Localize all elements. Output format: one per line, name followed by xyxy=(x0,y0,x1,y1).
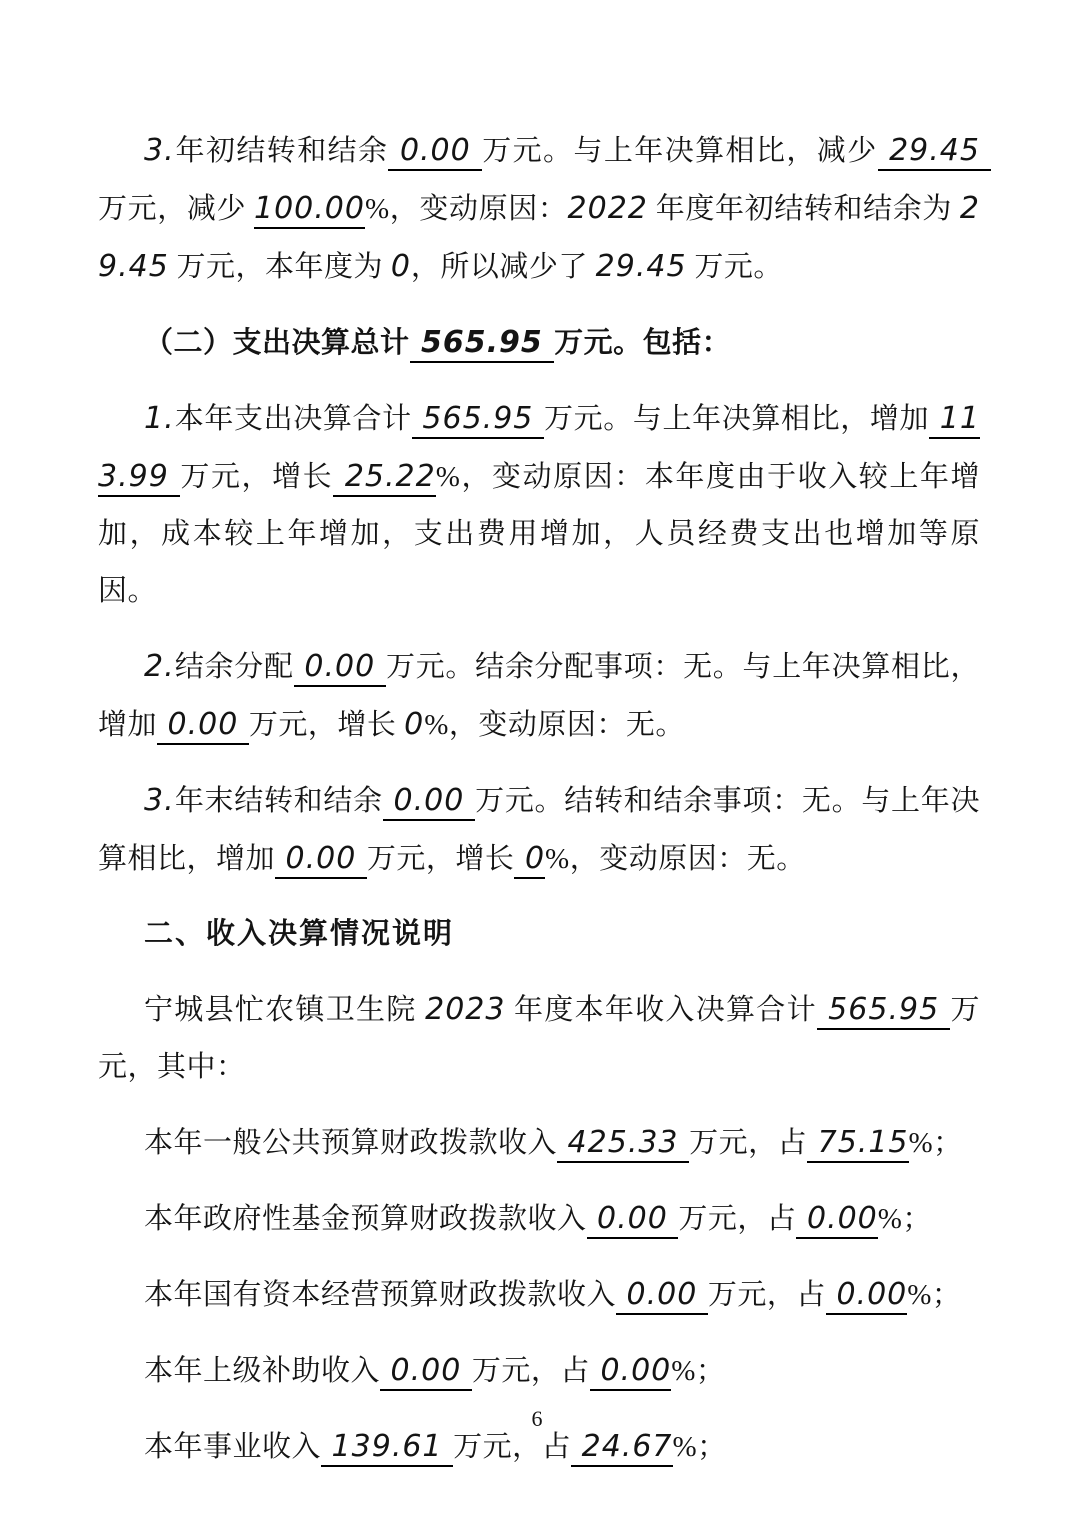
text-run: 万元。 xyxy=(687,251,783,283)
text-run: 万元，本年度为 xyxy=(169,251,391,283)
underlined-value: 425.33 xyxy=(557,1125,689,1163)
text-run: 万元。包括： xyxy=(554,327,731,359)
text-run: 本年国有资本经营预算财政拨款收入 xyxy=(144,1279,616,1311)
text-run: 二、收入决算情况说明 xyxy=(144,918,454,950)
para-state-capital-income: 本年国有资本经营预算财政拨款收入 0.00 万元，占 0.00%； xyxy=(98,1266,980,1324)
para-year-start-carryover: 3.年初结转和结余 0.00 万元。与上年决算相比，减少 29.45 万元，减少… xyxy=(98,122,980,296)
text-run: %； xyxy=(878,1203,932,1235)
text-run: 万元，占 xyxy=(678,1203,796,1235)
underlined-value: 0.00 xyxy=(380,1353,472,1391)
text-run: %； xyxy=(909,1127,963,1159)
text-run: 万元，占 xyxy=(689,1127,807,1159)
text-run: 年末结转和结余 xyxy=(175,785,383,817)
underlined-value: 0.00 xyxy=(294,649,386,687)
numeric-text: 0 xyxy=(404,707,424,742)
underlined-value: 0.00 xyxy=(590,1353,671,1391)
text-run: 万元，减少 xyxy=(98,193,254,225)
text-run: 本年支出决算合计 xyxy=(175,403,412,435)
text-run: 万元，占 xyxy=(472,1355,590,1387)
text-run: 万元。与上年决算相比，增加 xyxy=(544,403,929,435)
para-income-total: 宁城县忙农镇卫生院 2023 年度本年收入决算合计 565.95 万元，其中： xyxy=(98,981,980,1096)
underlined-value: 25.22 xyxy=(333,459,435,497)
heading-income-statement: 二、收入决算情况说明 xyxy=(98,906,980,963)
text-run: 本年事业收入 xyxy=(144,1431,321,1463)
text-run: 万元，增长 xyxy=(367,843,515,875)
underlined-value: 0.00 xyxy=(157,707,249,745)
numeric-text: 3. xyxy=(144,133,175,168)
underlined-value: 139.61 xyxy=(321,1429,453,1467)
para-year-end-carryover: 3.年末结转和结余 0.00 万元。结转和结余事项：无。与上年决算相比，增加 0… xyxy=(98,772,980,888)
para-general-public-budget-income: 本年一般公共预算财政拨款收入 425.33 万元，占 75.15%； xyxy=(98,1114,980,1172)
text-run: %，变动原因： xyxy=(365,193,568,225)
numeric-text: 1. xyxy=(144,401,175,436)
underlined-value: 75.15 xyxy=(807,1125,908,1163)
text-run: 宁城县忙农镇卫生院 xyxy=(144,994,425,1026)
text-run: （二）支出决算总计 xyxy=(144,327,410,359)
numeric-text: 3. xyxy=(144,783,175,818)
text-run: 本年一般公共预算财政拨款收入 xyxy=(144,1127,557,1159)
underlined-value: 0.00 xyxy=(587,1201,679,1239)
underlined-value: 0.00 xyxy=(796,1201,877,1239)
underlined-value: 565.95 xyxy=(817,992,951,1030)
text-run: %，变动原因：无。 xyxy=(424,709,685,741)
document-body: 3.年初结转和结余 0.00 万元。与上年决算相比，减少 29.45 万元，减少… xyxy=(98,122,980,1494)
text-run: 年初结转和结余 xyxy=(175,135,389,167)
text-run: 本年政府性基金预算财政拨款收入 xyxy=(144,1203,587,1235)
numeric-text: 2023 xyxy=(425,992,505,1027)
text-run: %； xyxy=(907,1279,961,1311)
para-annual-expenditure: 1.本年支出决算合计 565.95 万元。与上年决算相比，增加 113.99 万… xyxy=(98,390,980,620)
underlined-value: 0.00 xyxy=(275,841,367,879)
underlined-value: 0.00 xyxy=(616,1277,708,1315)
underlined-value: 0.00 xyxy=(383,783,475,821)
text-run: 万元，增长 xyxy=(180,461,333,493)
text-run: 万元。与上年决算相比，减少 xyxy=(482,135,877,167)
text-run: 年度年初结转和结余为 xyxy=(648,193,960,225)
underlined-value: 29.45 xyxy=(878,133,991,171)
numeric-text: 2. xyxy=(144,649,175,684)
text-run: 年度本年收入决算合计 xyxy=(505,994,816,1026)
underlined-value: 24.67 xyxy=(571,1429,672,1467)
text-run: 结余分配 xyxy=(175,651,294,683)
text-run: %； xyxy=(673,1431,727,1463)
para-government-fund-income: 本年政府性基金预算财政拨款收入 0.00 万元，占 0.00%； xyxy=(98,1190,980,1248)
numeric-text: 2022 xyxy=(568,191,648,226)
text-run: %，变动原因：无。 xyxy=(545,843,806,875)
underlined-value: 0 xyxy=(514,841,545,879)
text-run: 万元，增长 xyxy=(249,709,404,741)
para-surplus-distribution: 2.结余分配 0.00 万元。结余分配事项：无。与上年决算相比，增加 0.00 … xyxy=(98,638,980,754)
text-run: 万元，占 xyxy=(453,1431,571,1463)
page-number: 6 xyxy=(0,1406,1074,1432)
numeric-text: 29.45 xyxy=(596,249,687,284)
underlined-value: 565.95 xyxy=(410,325,555,363)
heading-expenditure-total: （二）支出决算总计 565.95 万元。包括： xyxy=(98,314,980,372)
numeric-text: 0 xyxy=(391,249,411,284)
underlined-value: 565.95 xyxy=(412,401,544,439)
text-run: 万元，占 xyxy=(708,1279,826,1311)
text-run: ，所以减少了 xyxy=(411,251,596,283)
underlined-value: 0.00 xyxy=(826,1277,907,1315)
para-superior-subsidy-income: 本年上级补助收入 0.00 万元，占 0.00%； xyxy=(98,1342,980,1400)
text-run: 本年上级补助收入 xyxy=(144,1355,380,1387)
text-run: %； xyxy=(671,1355,725,1387)
underlined-value: 100.00 xyxy=(254,191,365,229)
document-page: 3.年初结转和结余 0.00 万元。与上年决算相比，减少 29.45 万元，减少… xyxy=(0,0,1074,1520)
underlined-value: 0.00 xyxy=(388,133,482,171)
